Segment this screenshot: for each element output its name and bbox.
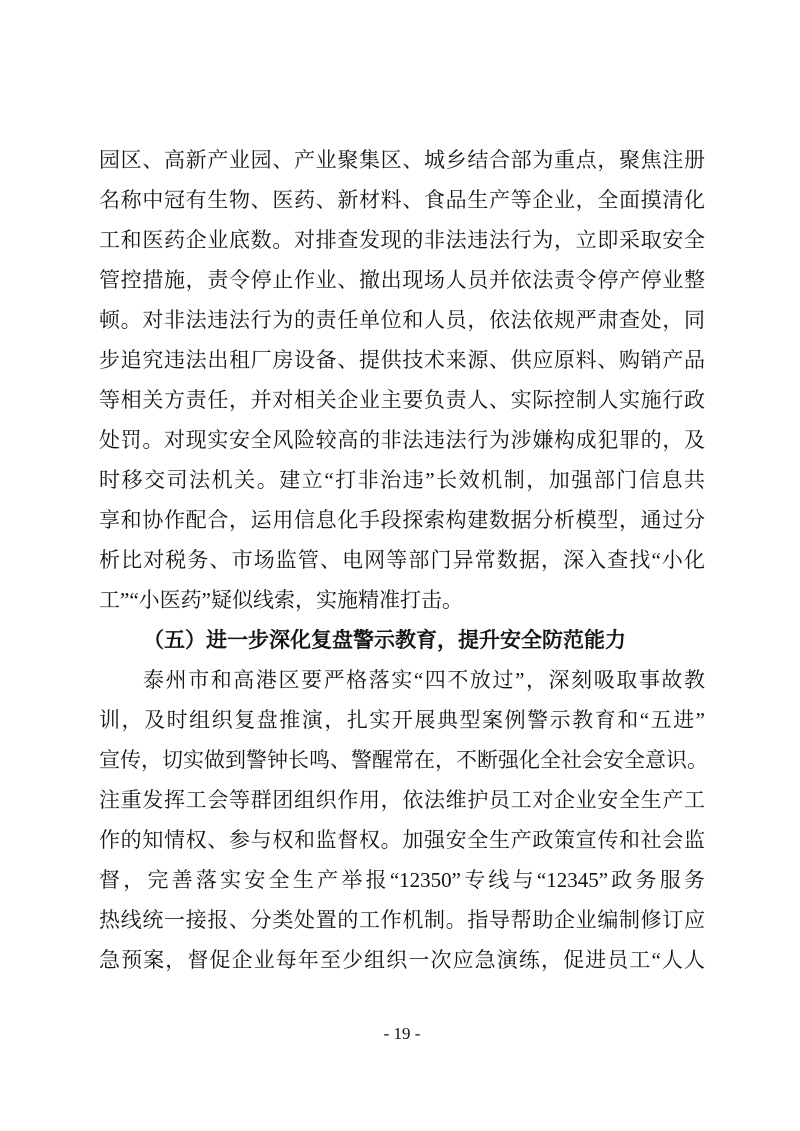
document-page: 园区、高新产业园、产业聚集区、城乡结合部为重点，聚焦注册 名称中冠有生物、医药、…	[0, 0, 800, 1131]
text-line: 步追究违法出租厂房设备、提供技术来源、供应原料、购销产品	[99, 340, 705, 380]
text-line: 名称中冠有生物、医药、新材料、食品生产等企业，全面摸清化	[99, 180, 705, 220]
text-line: 处罚。对现实安全风险较高的非法违法行为涉嫌构成犯罪的，及	[99, 420, 705, 460]
paragraph-1: 园区、高新产业园、产业聚集区、城乡结合部为重点，聚焦注册 名称中冠有生物、医药、…	[99, 140, 705, 620]
text-line: 督，完善落实安全生产举报“12350”专线与“12345”政务服务	[99, 860, 705, 900]
page-number: - 19 -	[99, 1022, 705, 1046]
text-line: 热线统一接报、分类处置的工作机制。指导帮助企业编制修订应	[99, 900, 705, 940]
text-line: 析比对税务、市场监管、电网等部门异常数据，深入查找“小化	[99, 540, 705, 580]
text-line: 急预案，督促企业每年至少组织一次应急演练，促进员工“人人	[99, 940, 705, 980]
text-line: 时移交司法机关。建立“打非治违”长效机制，加强部门信息共	[99, 460, 705, 500]
text-line: 工和医药企业底数。对排查发现的非法违法行为，立即采取安全	[99, 220, 705, 260]
text-line: 等相关方责任，并对相关企业主要负责人、实际控制人实施行政	[99, 380, 705, 420]
text-line: 作的知情权、参与权和监督权。加强安全生产政策宣传和社会监	[99, 820, 705, 860]
section-heading: （五）进一步深化复盘警示教育，提升安全防范能力	[99, 620, 705, 660]
text-line: 泰州市和高港区要严格落实“四不放过”，深刻吸取事故教	[99, 660, 705, 700]
text-line: 训，及时组织复盘推演，扎实开展典型案例警示教育和“五进”	[99, 700, 705, 740]
text-line: 园区、高新产业园、产业聚集区、城乡结合部为重点，聚焦注册	[99, 140, 705, 180]
text-line: 注重发挥工会等群团组织作用，依法维护员工对企业安全生产工	[99, 780, 705, 820]
text-block: 园区、高新产业园、产业聚集区、城乡结合部为重点，聚焦注册 名称中冠有生物、医药、…	[99, 140, 705, 980]
text-line: 顿。对非法违法行为的责任单位和人员，依法依规严肃查处，同	[99, 300, 705, 340]
text-line: 宣传，切实做到警钟长鸣、警醒常在，不断强化全社会安全意识。	[99, 740, 705, 780]
text-line: 工”“小医药”疑似线索，实施精准打击。	[99, 580, 705, 620]
text-line: 享和协作配合，运用信息化手段探索构建数据分析模型，通过分	[99, 500, 705, 540]
paragraph-2: 泰州市和高港区要严格落实“四不放过”，深刻吸取事故教 训，及时组织复盘推演，扎实…	[99, 660, 705, 980]
text-line: 管控措施，责令停止作业、撤出现场人员并依法责令停产停业整	[99, 260, 705, 300]
